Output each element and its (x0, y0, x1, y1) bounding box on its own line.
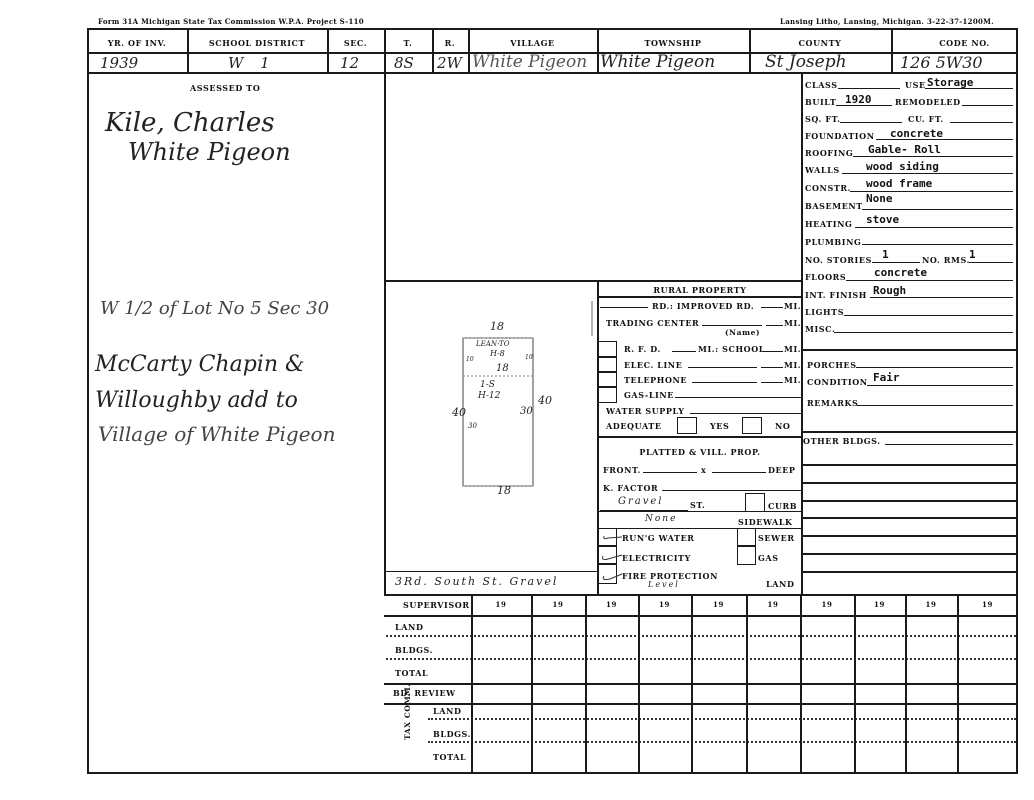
telephone-field[interactable] (692, 382, 757, 383)
basement-value[interactable]: None (866, 192, 893, 205)
divider (327, 28, 329, 73)
k-factor-label: K. FACTOR (603, 483, 658, 493)
rural-title: RURAL PROPERTY (598, 285, 802, 295)
divider (802, 464, 1018, 466)
road-field[interactable] (600, 307, 648, 308)
tax-comm-land-label: LAND (433, 706, 461, 716)
rfd-field[interactable] (672, 351, 696, 352)
adequate-no-checkbox[interactable] (742, 417, 762, 434)
platted-title: PLATTED & VILL. PROP. (598, 447, 802, 457)
divider (468, 28, 470, 73)
col-county: COUNTY (749, 38, 891, 48)
porches-field[interactable] (856, 367, 1013, 368)
divider (585, 594, 587, 774)
year-header[interactable]: 19 (471, 600, 531, 609)
divider (749, 28, 751, 73)
roofing-value[interactable]: Gable- Roll (868, 143, 941, 156)
divider (384, 615, 1018, 617)
divider (531, 594, 533, 774)
sec-value[interactable]: 12 (340, 54, 359, 72)
col-township: TOWNSHIP (597, 38, 749, 48)
col-village: VILLAGE (468, 38, 597, 48)
foundation-label: FOUNDATION (805, 131, 875, 141)
year-header[interactable]: 19 (531, 600, 585, 609)
col-t: T. (384, 38, 432, 48)
front-label: FRONT. (603, 465, 641, 475)
divider (597, 28, 599, 73)
legal-description-line[interactable]: W 1/2 of Lot No 5 Sec 30 (100, 298, 329, 319)
total-row-label: TOTAL (395, 668, 428, 678)
electricity-label: ELECTRICITY (622, 553, 691, 563)
divider (384, 683, 1018, 685)
col-sec: SEC. (327, 38, 384, 48)
other-bldgs-label: OTHER BLDGS. (803, 436, 881, 446)
sketch-dim: 30 (468, 422, 477, 430)
no-stories-label: NO. STORIES (805, 255, 872, 265)
divider (802, 482, 1018, 484)
divider (746, 594, 748, 774)
county-value[interactable]: St Joseph (765, 52, 847, 72)
land-row-label: LAND (395, 622, 423, 632)
assessed-to-label: ASSESSED TO (190, 83, 260, 93)
legal-description-line[interactable]: McCarty Chapin & (95, 352, 305, 377)
dotted-rule (428, 741, 1016, 743)
divider (384, 571, 597, 572)
land-value[interactable]: Level (648, 580, 680, 589)
divider (432, 28, 434, 73)
r-value[interactable]: 2W (437, 54, 462, 72)
telephone-mi-field[interactable] (761, 382, 783, 383)
code-no-value[interactable]: 126 5W30 (900, 53, 983, 72)
divider (384, 703, 1018, 705)
misc-field[interactable] (834, 332, 1013, 333)
built-value[interactable]: 1920 (845, 93, 872, 106)
constr-label: CONSTR. (805, 183, 851, 193)
sketch-dim: 10 (466, 356, 474, 363)
sketch-label: 1-S (480, 380, 495, 390)
land-label: LAND (766, 579, 794, 589)
col-code-no: CODE NO. (891, 38, 1018, 48)
heating-label: HEATING (805, 219, 852, 229)
divider (800, 594, 802, 774)
elec-line-label: ELEC. LINE (624, 360, 682, 370)
col-r: R. (432, 38, 468, 48)
lights-field[interactable] (844, 315, 1013, 316)
supervisor-label: SUPERVISOR (403, 600, 470, 610)
township-value[interactable]: White Pigeon (600, 52, 715, 72)
floors-label: FLOORS (805, 272, 846, 282)
divider (691, 594, 693, 774)
tax-comm-total-label: TOTAL (433, 752, 466, 762)
water-supply-field[interactable] (690, 413, 802, 414)
sidewalk-value[interactable]: None (645, 514, 677, 524)
gas-line-field[interactable] (675, 397, 802, 398)
condition-value[interactable]: Fair (873, 371, 900, 384)
sketch-dim: 30 (520, 406, 533, 417)
mi-label: MI. (784, 344, 801, 354)
divider (801, 73, 803, 594)
no-stories-field[interactable] (872, 262, 920, 263)
basement-label: BASEMENT (805, 201, 863, 211)
deep-label: DEEP (768, 465, 796, 475)
trading-center-mi-field[interactable] (766, 325, 783, 326)
owner-address[interactable]: White Pigeon (128, 138, 291, 166)
other-bldgs-field[interactable] (885, 444, 1013, 445)
no-label: NO (775, 421, 790, 431)
trading-center-label: TRADING CENTER (606, 318, 699, 328)
name-hint: (Name) (725, 328, 760, 337)
bldgs-row-label: BLDGS. (395, 645, 433, 655)
divider (802, 431, 1018, 433)
remodeled-field[interactable] (962, 105, 1013, 106)
year-header[interactable]: 19 (585, 600, 638, 609)
form-id: Form 31A Michigan State Tax Commission W… (98, 17, 364, 26)
sketch-dim: 18 (497, 484, 511, 497)
sketch-dim: 10 (525, 354, 533, 361)
dotted-rule (386, 635, 1016, 637)
built-label: BUILT (805, 97, 836, 107)
col-school-district: SCHOOL DISTRICT (187, 38, 327, 48)
no-rms-value[interactable]: 1 (969, 248, 976, 261)
class-label: CLASS (805, 80, 838, 90)
sketch-dim: 18 (490, 320, 504, 333)
gas-line-label: GAS-LINE (624, 390, 674, 400)
tax-comm-bldgs-label: BLDGS. (433, 729, 471, 739)
walls-label: WALLS (805, 165, 840, 175)
mi-label: MI. (784, 301, 801, 311)
no-stories-value[interactable]: 1 (882, 248, 889, 261)
legal-description-line[interactable]: Village of White Pigeon (98, 422, 335, 446)
col-yr-of-inv: YR. OF INV. (87, 38, 187, 48)
remodeled-label: REMODELED (895, 97, 961, 107)
divider (802, 517, 1018, 519)
street-note[interactable]: 3Rd. South St. Gravel (395, 575, 558, 588)
t-value[interactable]: 8S (394, 54, 414, 72)
divider (802, 500, 1018, 502)
year-header[interactable]: 19 (905, 600, 957, 609)
use-value[interactable]: Storage (927, 76, 973, 89)
cu-ft-field[interactable] (950, 122, 1013, 123)
adequate-yes-checkbox[interactable] (677, 417, 697, 434)
year-header[interactable]: 19 (638, 600, 691, 609)
telephone-label: TELEPHONE (624, 375, 687, 385)
divider (87, 72, 1018, 74)
yr-of-inv-value[interactable]: 1939 (100, 54, 138, 72)
mi-label: MI. (784, 375, 801, 385)
roofing-field[interactable] (853, 156, 1013, 157)
roofing-label: ROOFING (805, 148, 853, 158)
class-field[interactable] (838, 88, 900, 89)
basement-field[interactable] (862, 209, 1013, 210)
improved-rd-field[interactable] (761, 307, 783, 308)
divider (187, 28, 189, 73)
gas-label: GAS (758, 553, 779, 563)
k-factor-field[interactable] (662, 490, 802, 491)
school-label: MI.: SCHOOL (698, 344, 765, 354)
rural-road-label: RD.: IMPROVED RD. (652, 301, 754, 311)
sidewalk-label: SIDEWALK (738, 517, 793, 527)
year-header[interactable]: 19 (746, 600, 800, 609)
divider (891, 28, 893, 73)
curb-checkbox[interactable] (745, 493, 765, 512)
walls-field[interactable] (842, 173, 1013, 174)
divider (384, 594, 1018, 596)
yes-label: YES (710, 421, 729, 431)
remarks-label: REMARKS (807, 398, 858, 408)
rung-water-label: RUN'G WATER (622, 533, 695, 543)
divider (802, 535, 1018, 537)
divider (597, 296, 802, 298)
year-header[interactable]: 19 (691, 600, 746, 609)
divider (638, 594, 640, 774)
st-label: ST. (690, 500, 705, 510)
remarks-field[interactable] (857, 405, 1013, 406)
year-header[interactable]: 19 (957, 600, 1018, 609)
sketch-dim: 40 (538, 394, 552, 407)
sewer-label: SEWER (758, 533, 795, 543)
elec-line-field[interactable] (688, 367, 757, 368)
no-rms-field[interactable] (969, 262, 1013, 263)
divider (802, 349, 1018, 351)
no-rms-label: NO. RMS. (922, 255, 970, 265)
rfd-label: R. F. D. (624, 344, 661, 354)
sketch-dim: 40 (452, 406, 466, 419)
dotted-rule (386, 658, 1016, 660)
sketch-label: H-8 (490, 349, 505, 358)
x-label: x (701, 465, 706, 475)
floors-value[interactable]: concrete (874, 266, 927, 279)
condition-label: CONDITION (807, 377, 868, 387)
sq-ft-field[interactable] (840, 122, 902, 123)
constr-value[interactable]: wood frame (866, 177, 932, 190)
year-header[interactable]: 19 (854, 600, 905, 609)
int-finish-label: INT. FINISH (805, 290, 867, 300)
dotted-rule (428, 718, 1016, 720)
misc-label: MISC. (805, 324, 835, 334)
condition-field[interactable] (867, 385, 1013, 386)
walls-value[interactable]: wood siding (866, 160, 939, 173)
water-supply-label: WATER SUPPLY (606, 406, 685, 416)
divider (471, 594, 473, 774)
plumbing-label: PLUMBING (805, 237, 861, 247)
divider (905, 594, 907, 774)
school-district-value[interactable]: W 1 (228, 54, 276, 72)
adequate-label: ADEQUATE (606, 421, 662, 431)
gas-line-checkbox[interactable] (598, 386, 617, 403)
use-label: USE (905, 80, 926, 90)
front-field[interactable] (643, 472, 697, 473)
gas-checkbox[interactable] (737, 545, 756, 565)
legal-description-line[interactable]: Willoughby add to (95, 388, 298, 413)
divider (854, 594, 856, 774)
tax-comm-label: TAX COMM. (404, 706, 412, 740)
heating-value[interactable]: stove (866, 213, 899, 226)
mi-label: MI. (784, 360, 801, 370)
mi-label: MI. (784, 318, 801, 328)
printer-info: Lansing Litho, Lansing, Michigan. 3-22-3… (780, 17, 994, 26)
int-finish-field[interactable] (870, 297, 1013, 298)
heating-field[interactable] (855, 227, 1013, 228)
divider (802, 571, 1018, 573)
divider (597, 436, 802, 438)
sketch-label: LEAN-TO (476, 340, 509, 348)
sketch-dim: 18 (496, 363, 509, 374)
floors-field[interactable] (846, 280, 1013, 281)
deep-field[interactable] (712, 472, 766, 473)
sketch-label: H-12 (478, 391, 500, 401)
owner-name[interactable]: Kile, Charles (105, 108, 275, 138)
village-value[interactable]: White Pigeon (472, 52, 587, 72)
int-finish-value[interactable]: Rough (873, 284, 906, 297)
street-value[interactable]: Gravel (618, 496, 664, 507)
elec-line-mi-field[interactable] (761, 367, 783, 368)
porches-label: PORCHES (807, 360, 857, 370)
cu-ft-label: CU. FT. (908, 114, 944, 124)
school-field[interactable] (762, 351, 783, 352)
lights-label: LIGHTS (805, 307, 844, 317)
plumbing-field[interactable] (862, 244, 1013, 245)
sq-ft-label: SQ. FT. (805, 114, 841, 124)
divider (597, 511, 802, 512)
divider (802, 553, 1018, 555)
divider (957, 594, 959, 774)
year-header[interactable]: 19 (800, 600, 854, 609)
trading-center-field[interactable] (702, 325, 762, 326)
curb-label: CURB (768, 501, 797, 511)
foundation-value[interactable]: concrete (890, 127, 943, 140)
